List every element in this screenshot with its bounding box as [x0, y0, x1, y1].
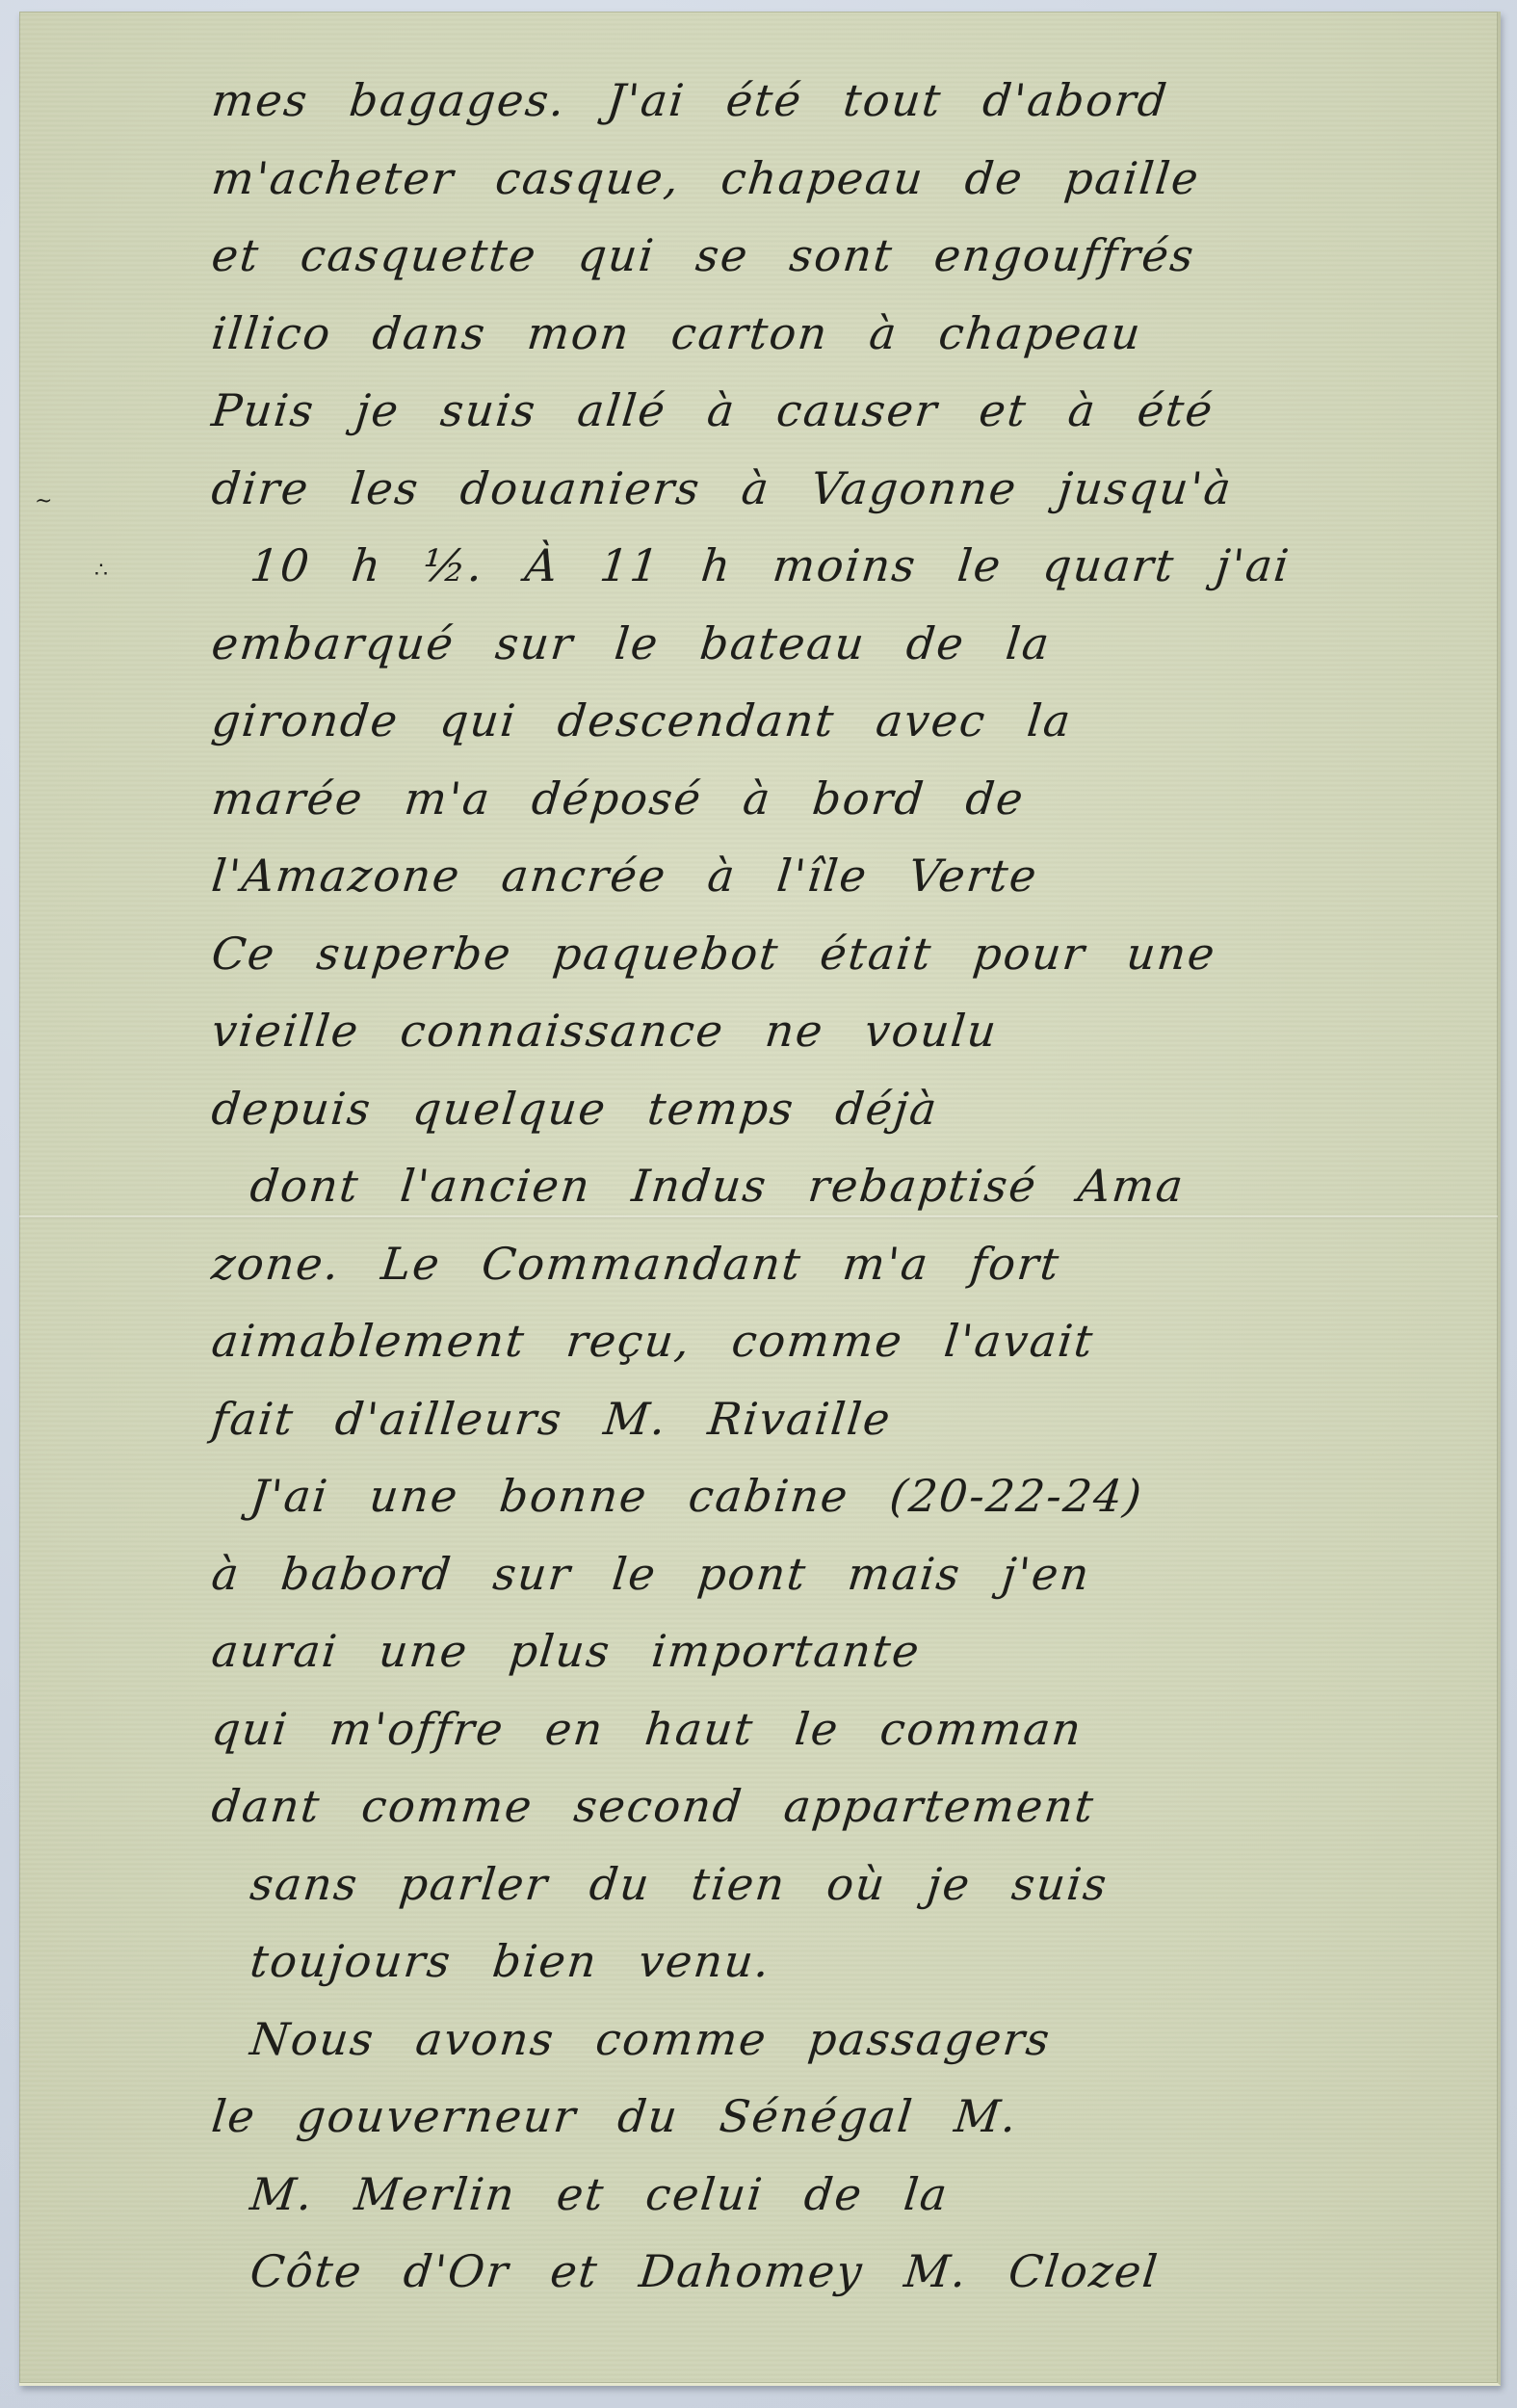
text-line: Nous avons comme passagers	[208, 2001, 1478, 2079]
text-line: aurai une plus importante	[208, 1612, 1478, 1690]
text-line: illico dans mon carton à chapeau	[208, 295, 1478, 373]
text-line: zone. Le Commandant m'a fort	[208, 1225, 1478, 1303]
text-line: Ce superbe paquebot était pour une	[208, 915, 1478, 993]
text-line: dont l'ancien Indus rebaptisé Ama	[208, 1147, 1478, 1225]
text-line: dire les douaniers à Vagonne jusqu'à	[208, 450, 1478, 528]
text-line: mes bagages. J'ai été tout d'abord	[208, 62, 1478, 140]
letter-sheet: ~ ∴ mes bagages. J'ai été tout d'abord m…	[19, 12, 1501, 2386]
text-line: gironde qui descendant avec la	[208, 682, 1478, 760]
text-line: à babord sur le pont mais j'en	[208, 1535, 1478, 1613]
text-line: 10 h ½. À 11 h moins le quart j'ai	[208, 527, 1478, 605]
text-line: marée m'a déposé à bord de	[208, 760, 1478, 838]
text-line: dant comme second appartement	[208, 1767, 1478, 1845]
margin-mark-dots: ∴	[94, 561, 108, 582]
text-line: qui m'offre en haut le comman	[208, 1690, 1478, 1768]
text-line: embarqué sur le bateau de la	[208, 605, 1478, 683]
text-line: sans parler du tien où je suis	[208, 1845, 1478, 1924]
text-line: l'Amazone ancrée à l'île Verte	[208, 837, 1478, 915]
text-line: Côte d'Or et Dahomey M. Clozel	[208, 2233, 1478, 2311]
text-line: fait d'ailleurs M. Rivaille	[208, 1380, 1478, 1458]
text-line: m'acheter casque, chapeau de paille	[208, 140, 1478, 218]
text-line: depuis quelque temps déjà	[208, 1070, 1478, 1148]
text-line: le gouverneur du Sénégal M.	[208, 2078, 1478, 2156]
text-line: et casquette qui se sont engouffrés	[208, 217, 1478, 295]
text-line: M. Merlin et celui de la	[208, 2156, 1478, 2234]
text-line: toujours bien venu.	[208, 1923, 1478, 2001]
text-line: J'ai une bonne cabine (20-22-24)	[208, 1457, 1478, 1535]
text-line: aimablement reçu, comme l'avait	[208, 1302, 1478, 1380]
text-line: Puis je suis allé à causer et à été	[208, 372, 1478, 450]
handwritten-text-block: mes bagages. J'ai été tout d'abord m'ach…	[212, 62, 1474, 2311]
margin-mark-squiggle: ~	[35, 491, 52, 512]
text-line: vieille connaissance ne voulu	[208, 992, 1478, 1070]
